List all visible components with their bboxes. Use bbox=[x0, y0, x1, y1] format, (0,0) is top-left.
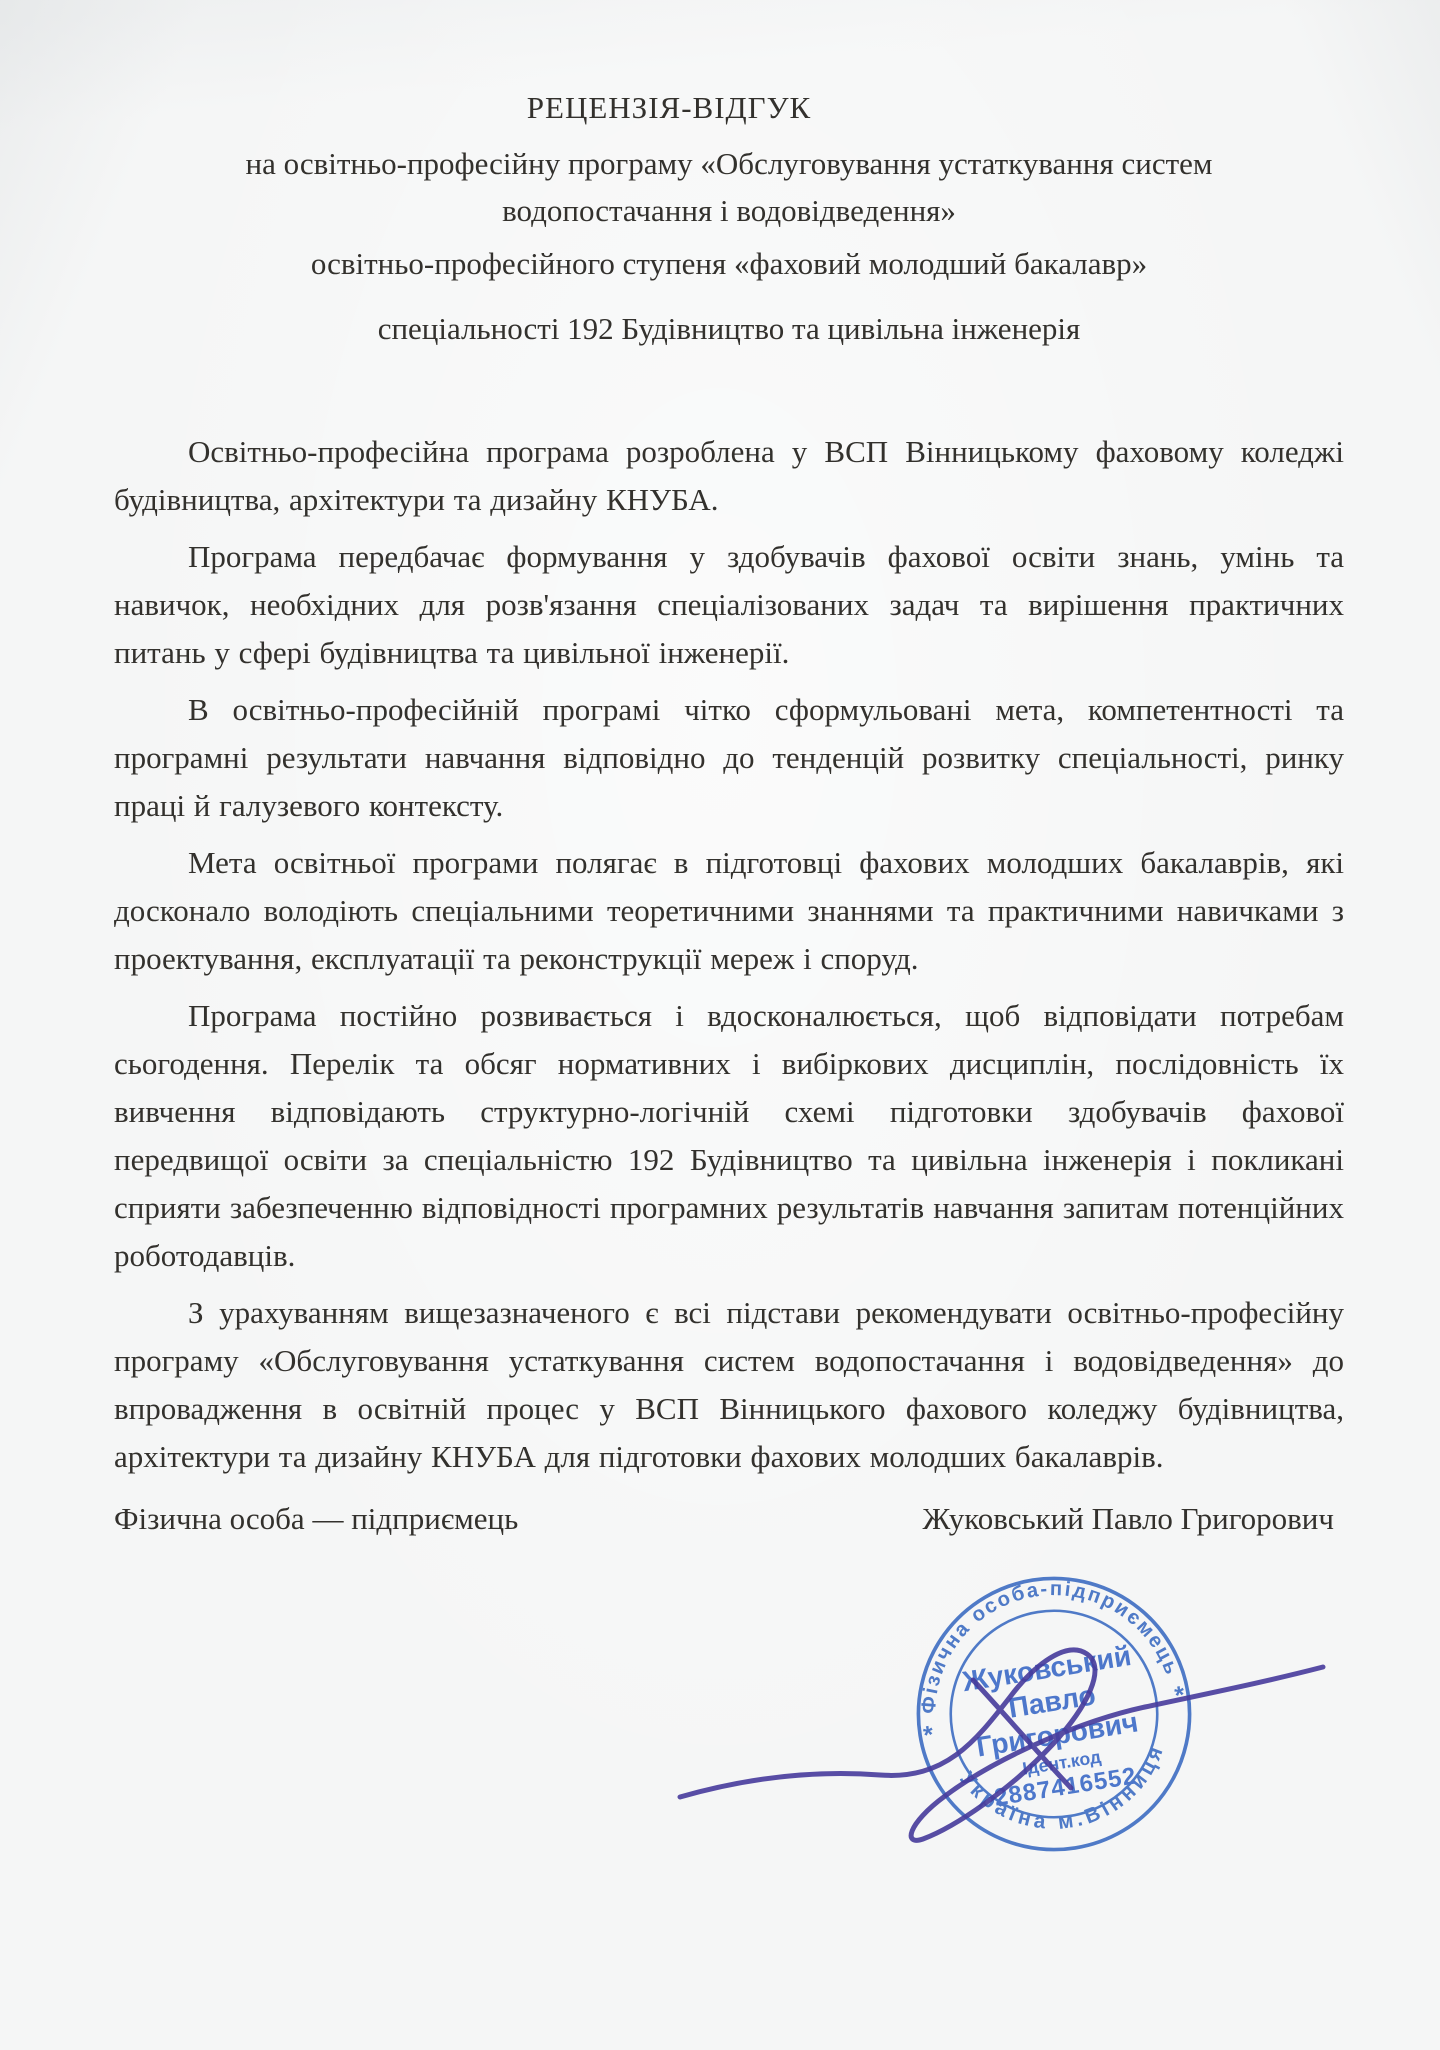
paragraph-goals-competencies: В освітньо-професійній програмі чітко сф… bbox=[114, 686, 1344, 830]
paragraph-program-aim: Мета освітньої програми полягає в підгот… bbox=[114, 839, 1344, 983]
document-subtitle-specialty: спеціальності 192 Будівництво та цивільн… bbox=[182, 305, 1277, 352]
scanned-document-page: РЕЦЕНЗІЯ-ВІДГУК на освітньо-професійну п… bbox=[0, 0, 1440, 2050]
signer-role-label: Фізична особа — підприємець bbox=[114, 1495, 518, 1542]
paragraph-program-development: Програма постійно розвивається і вдоскон… bbox=[114, 992, 1344, 1280]
document-subtitle-degree: освітньо-професійного ступеня «фаховий м… bbox=[182, 240, 1277, 287]
paragraph-recommendation: З урахуванням вищезазначеного є всі підс… bbox=[114, 1289, 1344, 1481]
signer-name: Жуковський Павло Григорович bbox=[922, 1495, 1344, 1542]
document-subtitle-program: на освітньо-професійну програму «Обслуго… bbox=[182, 140, 1277, 234]
signature-row: Фізична особа — підприємець Жуковський П… bbox=[114, 1495, 1344, 1542]
document-body: Освітньо-професійна програма розроблена … bbox=[114, 428, 1344, 1481]
paragraph-program-developed: Освітньо-професійна програма розроблена … bbox=[114, 428, 1344, 524]
document-title: РЕЦЕНЗІЯ-ВІДГУК bbox=[114, 86, 1344, 130]
paragraph-program-provides: Програма передбачає формування у здобува… bbox=[114, 533, 1344, 677]
